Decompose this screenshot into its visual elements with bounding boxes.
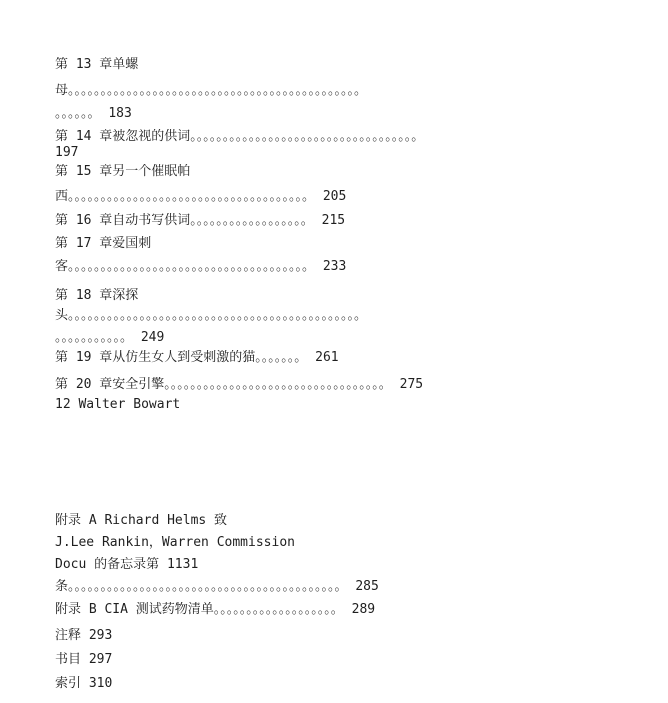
toc-line-ch15-leader: 西。。。。。。。。。。。。。。。。。。。。。。。。。。。。。。。。。。。。。 2…	[55, 189, 658, 204]
toc-line-appendix-b: 附录 B CIA 测试药物清单。。。。。。。。。。。。。。。。。。。 289	[55, 602, 658, 617]
toc-line-appendix-a-1: 附录 A Richard Helms 致	[55, 513, 658, 528]
toc-line-ch13-title: 第 13 章单螺	[55, 57, 658, 72]
toc-line-ch17-title: 第 17 章爱国刺	[55, 236, 658, 251]
toc-line-ch15-title: 第 15 章另一个催眠帕	[55, 164, 658, 179]
toc-line-appendix-a-3: Docu 的备忘录第 1131	[55, 557, 658, 572]
toc-line-ch18-page: 。。。。。。。。。。。 249	[55, 330, 658, 345]
toc-line-ch17-leader: 客。。。。。。。。。。。。。。。。。。。。。。。。。。。。。。。。。。。。。 2…	[55, 259, 658, 274]
toc-line-ch18-title: 第 18 章深探	[55, 288, 658, 303]
toc-line-bibliography: 书目 297	[55, 652, 658, 667]
toc-line-ch19-title: 第 19 章从仿生女人到受刺激的猫。。。。。。。 261	[55, 350, 658, 365]
toc-line-index: 索引 310	[55, 676, 658, 691]
toc-line-ch14-page: 197	[55, 145, 658, 160]
toc-line-ch13-page: 。。。。。。 183	[55, 106, 658, 121]
toc-line-ch18-leader: 头。。。。。。。。。。。。。。。。。。。。。。。。。。。。。。。。。。。。。。。…	[55, 308, 658, 323]
running-header: 12 Walter Bowart	[55, 397, 658, 412]
toc-line-notes: 注释 293	[55, 628, 658, 643]
toc-line-appendix-a-2: J.Lee Rankin，Warren Commission	[55, 535, 658, 550]
toc-line-ch14-title: 第 14 章被忽视的供词。。。。。。。。。。。。。。。。。。。。。。。。。。。。…	[55, 129, 658, 144]
toc-line-ch16-title: 第 16 章自动书写供词。。。。。。。。。。。。。。。。。。 215	[55, 213, 658, 228]
toc-line-ch20-title: 第 20 章安全引擎。。。。。。。。。。。。。。。。。。。。。。。。。。。。。。…	[55, 377, 658, 392]
document-page: 第 13 章单螺 母。。。。。。。。。。。。。。。。。。。。。。。。。。。。。。…	[0, 0, 668, 703]
toc-line-appendix-a-page: 条。。。。。。。。。。。。。。。。。。。。。。。。。。。。。。。。。。。。。。。…	[55, 579, 658, 594]
toc-line-ch13-leader: 母。。。。。。。。。。。。。。。。。。。。。。。。。。。。。。。。。。。。。。。…	[55, 83, 658, 98]
